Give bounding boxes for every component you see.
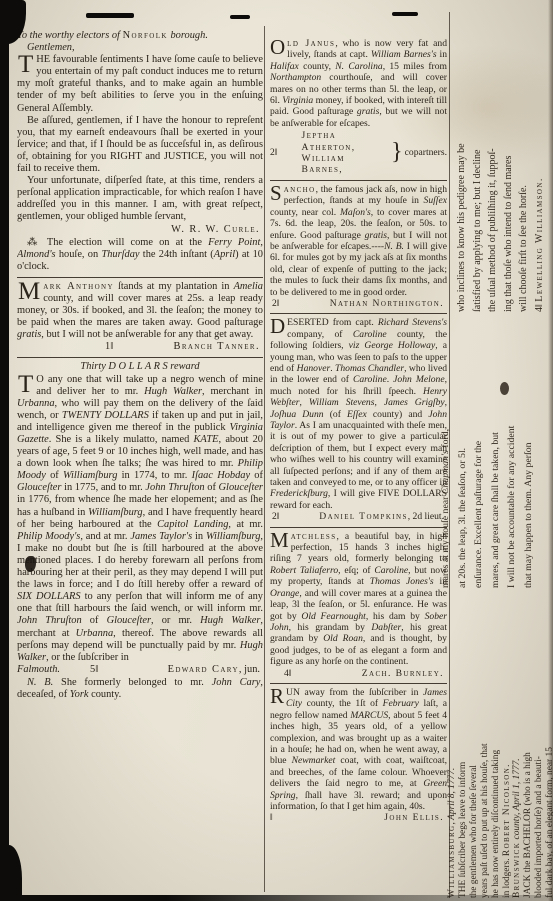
text-run: Frederickſburg xyxy=(270,488,328,499)
text-run: April xyxy=(214,249,235,260)
text-run: Branch Tanner. xyxy=(174,341,261,352)
text-run: Lewelling Williamson. xyxy=(534,177,545,301)
text-run: N. Carolina xyxy=(335,61,382,72)
text-run: Urbanna xyxy=(17,398,55,409)
text-run: Williamſburg xyxy=(63,470,117,481)
text-run: Williamſburg xyxy=(88,507,142,518)
rotated-text-line: enſurance. Excellent paſturage for the xyxy=(471,314,488,588)
text-run: SIX DOLLARS xyxy=(17,591,81,602)
drop-cap: D xyxy=(270,317,287,335)
text-run: TWENTY DOLLARS xyxy=(62,410,149,421)
photo-edge-left xyxy=(0,0,9,901)
rotated-text-line: the gentlemen who for theſe ſeveral xyxy=(469,610,480,898)
text-run: gratis xyxy=(365,230,387,241)
rotated-text-line: the uſual method of publiſhing it, ſuppo… xyxy=(485,14,501,312)
signature-line: ‖John Ellis. xyxy=(270,812,447,823)
text-run: Caroline xyxy=(353,374,387,385)
text-run: Old Fearnought xyxy=(301,611,365,622)
text-run: To the worthy electors of xyxy=(17,30,120,41)
ad-paragraph: RUN away from the ſubſcriber in James Ci… xyxy=(270,687,447,812)
signature-name: John Ellis. xyxy=(384,812,444,823)
right-column: Old Janus, who is now very fat and livel… xyxy=(270,38,447,894)
rotated-text-line: mares, and great care ſhall be taken, bu… xyxy=(488,314,505,588)
text-run: Suſſex xyxy=(424,195,447,206)
text-run: John Ellis. xyxy=(384,812,444,823)
signature-place: Falmouth. xyxy=(17,664,60,676)
signature-line: 2‖Nathan Northington. xyxy=(270,298,447,309)
text-run: Amelia xyxy=(234,281,263,292)
text-run: Glouceſter xyxy=(17,482,61,493)
text-run: Nathan Northington. xyxy=(330,298,444,309)
rotated-text-line: in lodgers. Robert Nicolson. xyxy=(502,610,513,898)
rotated-text-line: who inclines to know his pedigree may be xyxy=(454,14,470,312)
signature-name: Edward Cary, jun. xyxy=(168,664,260,676)
ad-paragraph: Mark Anthony ſtands at my plantation in … xyxy=(17,281,263,341)
text-run: N. B. xyxy=(27,677,53,688)
text-run: ancho xyxy=(284,184,316,195)
run-count-marker: 2‖ xyxy=(272,511,280,522)
text-run: Thirty D O L L A R S reward xyxy=(80,361,199,372)
text-run: Edward Cary xyxy=(168,664,239,675)
text-run: Williamsburg xyxy=(447,825,457,898)
text-run: KATE xyxy=(194,434,219,445)
text-run: Hanover xyxy=(297,363,331,374)
text-run: Norfolk xyxy=(123,30,168,41)
text-run: York xyxy=(70,689,89,700)
run-count-marker: 4‖ xyxy=(284,668,292,679)
run-count-marker: ‖ xyxy=(270,812,273,823)
rotated-ad-nicolson: Williamsburg, April 8, 1777.THE ſubſcrib… xyxy=(447,610,513,898)
text-run: W. R. W. Curle. xyxy=(171,224,260,235)
rotated-text-block: mares at my houſe near Chapman's ford,at… xyxy=(438,314,539,588)
text-run: John Thruſton xyxy=(17,615,82,626)
text-run: Chapman's xyxy=(440,450,451,494)
text-run: Iſaac Hobday xyxy=(192,470,250,481)
section-rule xyxy=(270,180,447,181)
rotated-ad-jack-bachelor: Brunswick county, April 1, 1777.JACK the… xyxy=(512,556,553,898)
text-run: Thurſday xyxy=(101,249,139,260)
run-count-marker: 2‖ xyxy=(272,298,280,309)
text-run: James Grigſby xyxy=(384,397,445,408)
run-count-marker: 5‖ xyxy=(90,664,98,676)
text-run: Virginia Gazette xyxy=(17,422,263,445)
rotated-text-line: he has now entirely diſcontinued taking xyxy=(491,610,502,898)
rotated-text-line: ſatisfied by applying to me; but I decli… xyxy=(470,14,486,312)
ad-paragraph: DESERTED from capt. Richard Stevens's co… xyxy=(270,317,447,511)
text-run: John Thruſton xyxy=(145,482,204,493)
copartner-name: William Barnes, xyxy=(302,153,389,176)
text-run: county, April 1, 1777. xyxy=(512,758,522,839)
copartner-name: Jeptha Atherton, xyxy=(302,130,389,153)
copartners-signature: 2‖Jeptha Atherton,William Barnes,}copart… xyxy=(270,130,447,176)
column-divider-rule xyxy=(264,26,265,892)
newspaper-page: To the worthy electors of Norfolk boroug… xyxy=(0,0,553,901)
text-run: Caroline xyxy=(374,565,408,576)
drop-cap: R xyxy=(270,687,286,705)
text-run: Virginia xyxy=(282,95,313,106)
text-run: N. B. xyxy=(384,241,404,252)
text-run: Eſſex xyxy=(347,409,367,420)
rotated-text-line: I will not be accountable for any accide… xyxy=(504,314,521,588)
photo-edge-mark xyxy=(392,12,418,16)
rotated-text-line: Brunswick county, April 1, 1777. xyxy=(512,556,523,898)
rotated-ad-lewelling-middle: mares at my houſe near Chapman's ford,at… xyxy=(438,314,539,588)
left-column: To the worthy electors of Norfolk boroug… xyxy=(17,30,263,894)
text-run: Ferry Point xyxy=(208,237,260,248)
signature-name: W. R. W. Curle. xyxy=(171,224,260,236)
copartner-names: Jeptha Atherton,William Barnes, xyxy=(302,130,389,176)
drop-cap: T xyxy=(17,54,36,75)
text-run: Thomas Chandler xyxy=(335,363,404,374)
photo-edge-mark xyxy=(230,15,250,19)
text-run: Almond's xyxy=(17,249,56,260)
text-run: Caroline xyxy=(353,329,387,340)
text-run: Philip Moody's xyxy=(17,531,80,542)
text-run: Joſhua Dunn xyxy=(270,409,324,420)
signature-name: Zach. Burnley. xyxy=(362,668,444,679)
run-count-marker: 2‖ xyxy=(270,147,278,158)
text-run: Dabſter xyxy=(371,622,401,633)
signature-line: 1‖Branch Tanner. xyxy=(17,341,263,353)
drop-cap: O xyxy=(270,38,287,56)
text-run: Green Spring xyxy=(270,778,447,800)
ad-paragraph: THE favourable ſentiments I have ſome ca… xyxy=(17,54,263,114)
ad-heading: Thirty D O L L A R S reward xyxy=(17,361,263,373)
ad-paragraph: Matchless, a beautiful bay, in high perf… xyxy=(270,531,447,668)
text-run: April 8, 1777. xyxy=(447,768,457,820)
drop-cap: M xyxy=(17,281,43,302)
photo-edge-mark xyxy=(86,13,134,18)
rotated-text-line: 4‖ Lewelling Williamson. xyxy=(532,14,548,312)
text-run: viz George Holloway xyxy=(349,340,436,351)
rotated-text-line: THE ſubſcriber begs leave to inform xyxy=(458,610,469,898)
rotated-text-block: who inclines to know his pedigree may be… xyxy=(454,14,548,312)
text-run: Robert Nicolson. xyxy=(502,763,512,856)
rotated-text-block: Brunswick county, April 1, 1777.JACK the… xyxy=(512,556,553,898)
text-run: atchless xyxy=(291,531,337,542)
text-run: gratis xyxy=(357,106,379,117)
text-run: borough. xyxy=(170,30,207,41)
rotated-text-block: Williamsburg, April 8, 1777.THE ſubſcrib… xyxy=(447,610,513,898)
ad-paragraph: Old Janus, who is now very fat and livel… xyxy=(270,38,447,129)
signature-line: 2‖Daniel Tompkins, 2d lieut. xyxy=(270,511,447,522)
text-run: Richard Stevens's xyxy=(378,317,447,328)
rotated-text-line: years paſt uſed to put up at his houſe, … xyxy=(480,610,491,898)
signature-name: Daniel Tompkins, 2d lieut. xyxy=(319,511,444,522)
text-run: ark Anthony xyxy=(43,281,114,292)
ad-paragraph: Sancho, the famous jack aſs, now in high… xyxy=(270,184,447,298)
section-rule xyxy=(270,527,447,528)
text-run: William Barnes xyxy=(302,153,345,175)
rotated-text-line: will chooſe firſt to ſee the horſe. xyxy=(516,14,532,312)
photo-edge-right xyxy=(548,0,553,901)
text-run: Halifax xyxy=(270,61,299,72)
signature-line: Falmouth.5‖Edward Cary, jun. xyxy=(17,664,263,676)
text-run: Hugh Walker xyxy=(200,615,260,626)
text-run: Gentlemen, xyxy=(27,42,75,53)
drop-cap: T xyxy=(17,374,36,395)
text-run: Glouceſter xyxy=(219,482,263,493)
drop-cap: M xyxy=(270,531,291,549)
text-run: Hugh Walker xyxy=(144,386,202,397)
text-run: William Stevens xyxy=(309,397,375,408)
ad-paragraph: Be aſſured, gentlemen, if I have the hon… xyxy=(17,115,263,175)
text-run: Glouceſter xyxy=(107,615,151,626)
text-run: February xyxy=(383,698,419,709)
rotated-text-line: Williamsburg, April 8, 1777. xyxy=(447,610,458,898)
ad-paragraph: Your unfortunate, diſperſed ſtate, at th… xyxy=(17,175,263,223)
text-run: Thomas Jones's xyxy=(370,576,434,587)
rotated-text-line: blooded imported horſe) and a beauti- xyxy=(534,556,545,898)
text-run: Orange xyxy=(270,588,299,599)
signature-line: 4‖Zach. Burnley. xyxy=(270,668,447,679)
ad-paragraph: N. B. She formerly belonged to mr. John … xyxy=(17,677,263,701)
rotated-text-line: mares at my houſe near Chapman's ford, xyxy=(438,314,455,588)
text-run: MARCUS xyxy=(350,710,388,721)
text-run: Newmarket xyxy=(292,755,336,766)
section-rule xyxy=(17,357,263,358)
section-rule xyxy=(270,683,447,684)
text-run: James City xyxy=(286,687,447,709)
text-run: James Taylor's xyxy=(130,531,192,542)
rotated-text-line: JACK the BACHELOR (who is a high xyxy=(523,556,534,898)
section-rule xyxy=(17,277,263,278)
photo-edge-bottom xyxy=(0,895,553,901)
brace-glyph: } xyxy=(391,147,403,158)
text-run: Capitol Landing xyxy=(157,519,228,530)
text-run: Urbanna xyxy=(76,628,114,639)
rotated-text-line: at 20s. the leap, 3l. the ſeaſon, or 5l. xyxy=(455,314,472,588)
ad-paragraph: TO any one that will take up a negro wen… xyxy=(17,374,263,664)
text-run: Brunswick xyxy=(512,842,522,898)
ad-paragraph: Gentlemen, xyxy=(17,42,263,54)
run-count-marker: 1‖ xyxy=(105,341,113,353)
text-run: William Barnes's xyxy=(371,49,437,60)
rotated-text-line: that may happen to them. Any perſon xyxy=(521,314,538,588)
text-run: Daniel Tompkins xyxy=(319,511,408,522)
text-run: Falmouth. xyxy=(17,664,60,675)
text-run: Williamſburg xyxy=(206,531,260,542)
text-run: Hugh Walker xyxy=(17,640,263,663)
text-run: ld Janus xyxy=(287,38,335,49)
ad-paragraph: To the worthy electors of Norfolk boroug… xyxy=(17,30,263,42)
rotated-text-line: ing that thoſe who intend to ſend mares xyxy=(501,14,517,312)
signature-name: Nathan Northington. xyxy=(330,298,444,309)
text-run: Northampton xyxy=(270,72,321,83)
text-run: Old Roan xyxy=(323,633,363,644)
section-rule xyxy=(270,313,447,314)
text-run: Maſon's xyxy=(340,207,371,218)
text-run: Robert Taliaferro xyxy=(270,565,338,576)
text-run: John Melone xyxy=(393,374,444,385)
text-run: gratis xyxy=(17,329,41,340)
signature-line: W. R. W. Curle. xyxy=(17,224,263,236)
text-run: Jeptha Atherton xyxy=(302,130,352,152)
rotated-ad-lewelling-end: who inclines to know his pedigree may be… xyxy=(454,14,548,312)
signature-name: Branch Tanner. xyxy=(174,341,261,353)
text-run: Zach. Burnley. xyxy=(362,668,444,679)
text-run: John Cary xyxy=(212,677,261,688)
ink-smudge xyxy=(500,382,509,395)
drop-cap: S xyxy=(270,184,284,202)
copartners-label: copartners. xyxy=(405,147,447,158)
ad-paragraph: ⁂ The election will come on at the Ferry… xyxy=(17,237,263,273)
